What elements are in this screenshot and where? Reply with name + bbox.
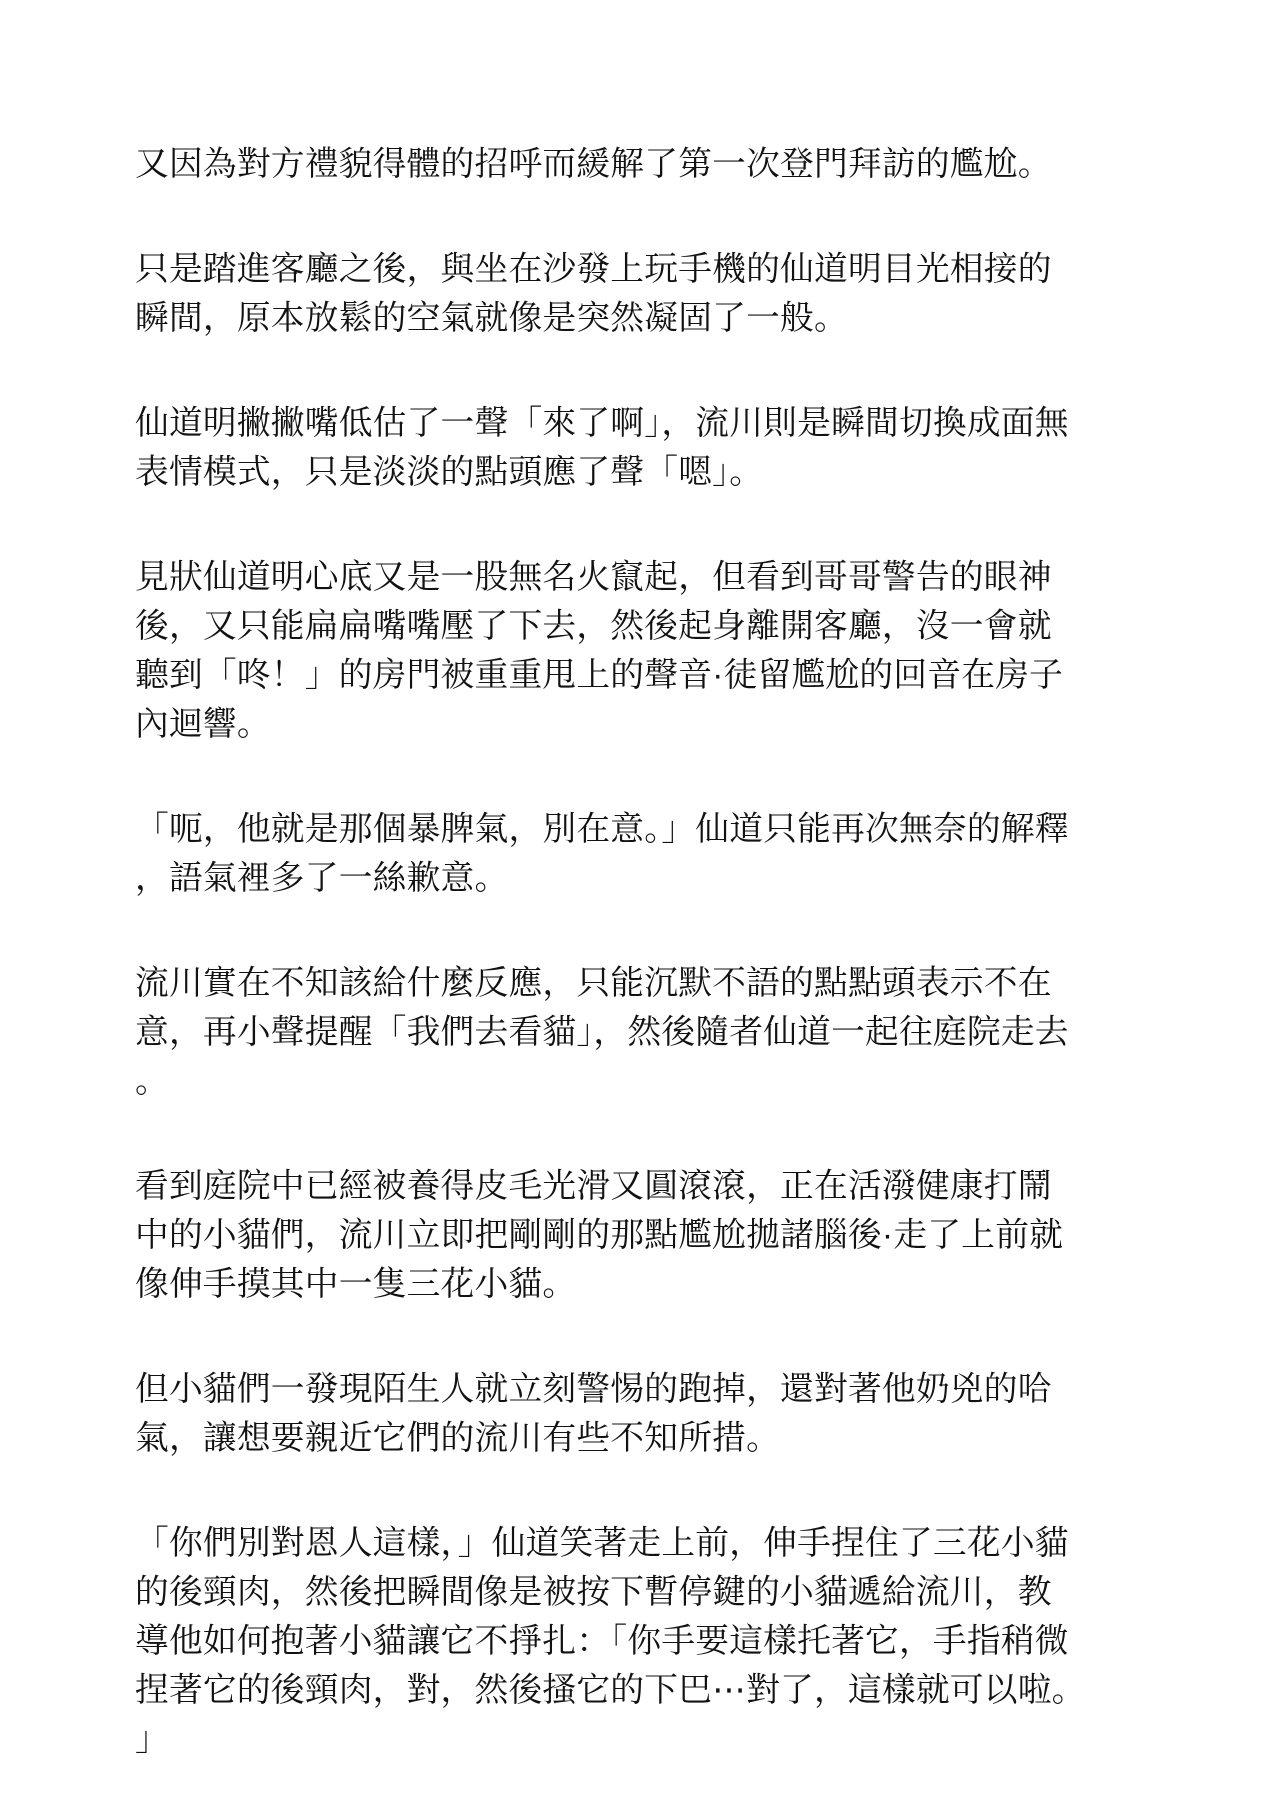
document-page: 又因為對方禮貌得體的招呼而緩解了第一次登門拜訪的尷尬。 只是踏進客廳之後，與坐在… — [0, 0, 1280, 1810]
paragraph-3: 仙道明撇撇嘴低估了一聲「來了啊」，流川則是瞬間切換成面無表情模式，只是淡淡的點頭… — [135, 399, 1080, 497]
paragraph-4: 見狀仙道明心底又是一股無名火竄起，但看到哥哥警告的眼神後，又只能扁扁嘴嘴壓了下去… — [135, 553, 1080, 749]
paragraph-7: 看到庭院中已經被養得皮毛光滑又圓滾滾，正在活潑健康打鬧中的小貓們，流川立即把剛剛… — [135, 1162, 1080, 1309]
paragraph-6: 流川實在不知該給什麼反應，只能沉默不語的點點頭表示不在意，再小聲提醒「我們去看貓… — [135, 959, 1080, 1106]
paragraph-9: 「你們別對恩人這樣，」仙道笑著走上前，伸手捏住了三花小貓的後頸肉，然後把瞬間像是… — [135, 1519, 1080, 1764]
paragraph-5: 「呃，他就是那個暴脾氣，別在意。」仙道只能再次無奈的解釋，語氣裡多了一絲歉意。 — [135, 805, 1080, 903]
paragraph-2: 只是踏進客廳之後，與坐在沙發上玩手機的仙道明目光相接的瞬間，原本放鬆的空氣就像是… — [135, 245, 1080, 343]
paragraph-8: 但小貓們一發現陌生人就立刻警惕的跑掉，還對著他奶兇的哈氣，讓想要親近它們的流川有… — [135, 1365, 1080, 1463]
paragraph-1: 又因為對方禮貌得體的招呼而緩解了第一次登門拜訪的尷尬。 — [135, 140, 1080, 189]
